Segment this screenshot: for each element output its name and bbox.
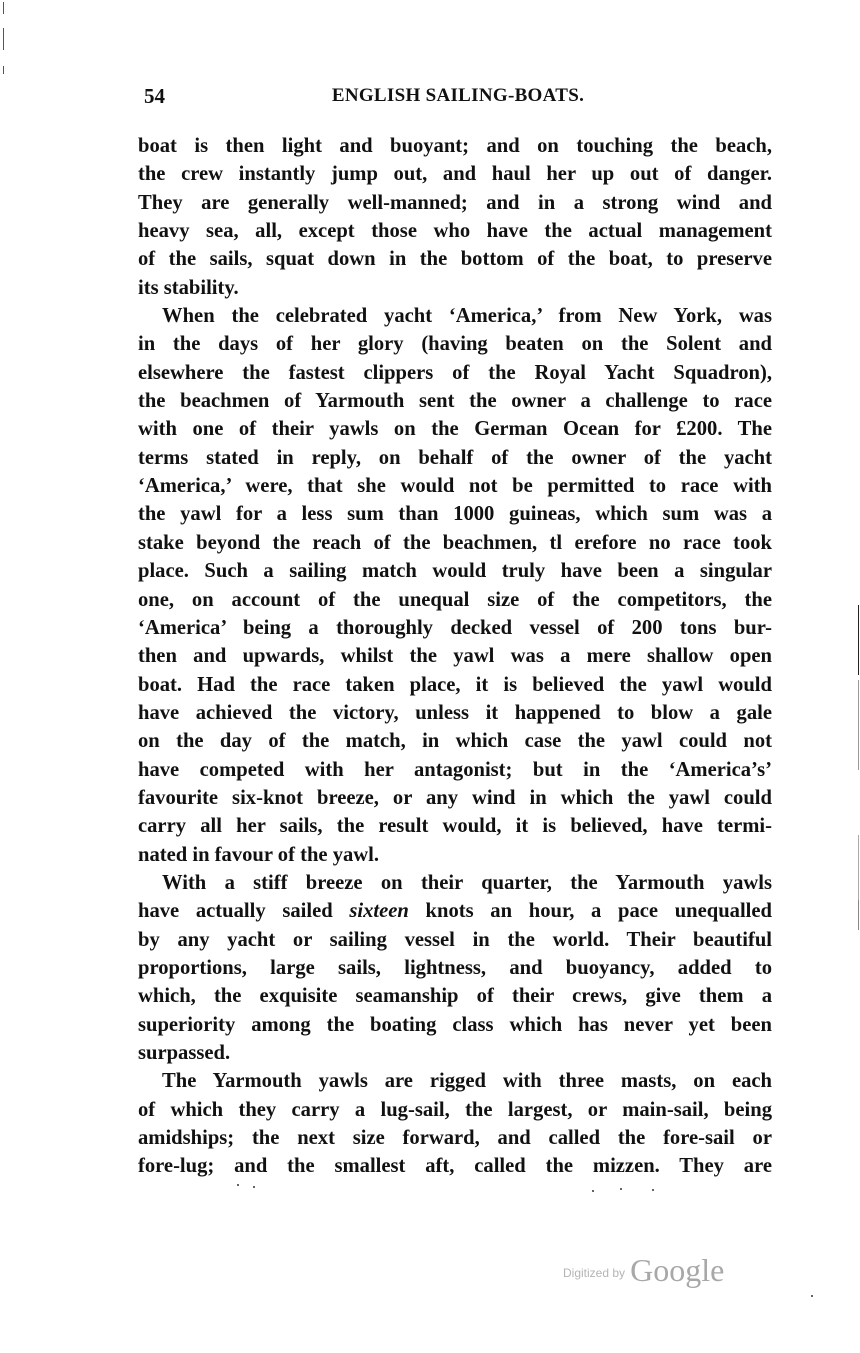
paragraph-2: When the celebrated yacht ‘America,’ fro… — [138, 302, 772, 869]
text-line: have competed with her antagonist; but i… — [138, 756, 772, 784]
text-line: When the celebrated yacht ‘America,’ fro… — [138, 302, 772, 330]
scan-speck — [620, 1188, 622, 1190]
scan-edge-mark — [858, 605, 859, 675]
scan-speck — [652, 1189, 654, 1191]
scan-speck — [592, 1190, 594, 1192]
text-line: have achieved the victory, unless it hap… — [138, 699, 772, 727]
text-line: the beachmen of Yarmouth sent the owner … — [138, 387, 772, 415]
book-title: ENGLISH SAILING-BOATS. — [142, 85, 774, 107]
scan-speck — [811, 1295, 813, 1297]
scan-edge-mark — [3, 28, 4, 50]
text-line: proportions, large sails, lightness, and… — [138, 954, 772, 982]
scan-edge-mark — [858, 900, 859, 930]
text-line: on the day of the match, in which case t… — [138, 727, 772, 755]
text-line: the crew instantly jump out, and haul he… — [138, 160, 772, 188]
text-line: boat. Had the race taken place, it is be… — [138, 671, 772, 699]
text-line: of the sails, squat down in the bottom o… — [138, 245, 772, 273]
text-line: the yawl for a less sum than 1000 guinea… — [138, 500, 772, 528]
text-line: one, on account of the unequal size of t… — [138, 586, 772, 614]
book-page: 54 ENGLISH SAILING-BOATS. boat is then l… — [0, 0, 860, 1353]
running-head: 54 ENGLISH SAILING-BOATS. — [142, 84, 774, 110]
text-line: elsewhere the fastest clippers of the Ro… — [138, 359, 772, 387]
paragraph-1: boat is then light and buoyant; and on t… — [138, 132, 772, 302]
text-line: heavy sea, all, except those who have th… — [138, 217, 772, 245]
text-line: by any yacht or sailing vessel in the wo… — [138, 926, 772, 954]
scan-edge-mark — [858, 680, 859, 770]
paragraph-3: With a stiff breeze on their quarter, th… — [138, 869, 772, 1067]
text-line: place. Such a sailing match would truly … — [138, 557, 772, 585]
scan-edge-mark — [858, 835, 859, 900]
body-text: boat is then light and buoyant; and on t… — [138, 132, 772, 1181]
text-line: of which they carry a lug-sail, the larg… — [138, 1096, 772, 1124]
text-line: fore-lug; and the smallest aft, called t… — [138, 1152, 772, 1180]
text-line: They are generally well-manned; and in a… — [138, 189, 772, 217]
text-line: ‘America,’ were, that she would not be p… — [138, 472, 772, 500]
text-line: ‘America’ being a thoroughly decked vess… — [138, 614, 772, 642]
scan-speck — [253, 1186, 255, 1188]
text-line: The Yarmouth yawls are rigged with three… — [138, 1067, 772, 1095]
text-line: terms stated in reply, on behalf of the … — [138, 444, 772, 472]
text-line: superiority among the boating class whic… — [138, 1011, 772, 1039]
text-line: nated in favour of the yawl. — [138, 841, 772, 869]
italic-emphasis: sixteen — [349, 900, 409, 922]
text-line-with-italic: have actually sailed sixteen knots an ho… — [138, 897, 772, 925]
text-line: amidships; the next size forward, and ca… — [138, 1124, 772, 1152]
watermark-prefix: Digitized by — [563, 1266, 625, 1280]
scan-edge-mark — [3, 66, 4, 74]
text-line: with one of their yawls on the German Oc… — [138, 415, 772, 443]
text-line: surpassed. — [138, 1039, 772, 1067]
paragraph-4: The Yarmouth yawls are rigged with three… — [138, 1067, 772, 1180]
text-line: stake beyond the reach of the beachmen, … — [138, 529, 772, 557]
text-line: then and upwards, whilst the yawl was a … — [138, 642, 772, 670]
text-line: favourite six-knot breeze, or any wind i… — [138, 784, 772, 812]
text-line: which, the exquisite seamanship of their… — [138, 982, 772, 1010]
scan-speck — [237, 1184, 239, 1186]
digitized-watermark: Digitized by Google — [563, 1252, 724, 1289]
scan-edge-mark — [3, 2, 4, 14]
text-line: boat is then light and buoyant; and on t… — [138, 132, 772, 160]
text-line: in the days of her glory (having beaten … — [138, 330, 772, 358]
text-line: carry all her sails, the result would, i… — [138, 812, 772, 840]
text-line: its stability. — [138, 274, 772, 302]
google-logo-text: Google — [630, 1252, 724, 1288]
text-line: With a stiff breeze on their quarter, th… — [138, 869, 772, 897]
